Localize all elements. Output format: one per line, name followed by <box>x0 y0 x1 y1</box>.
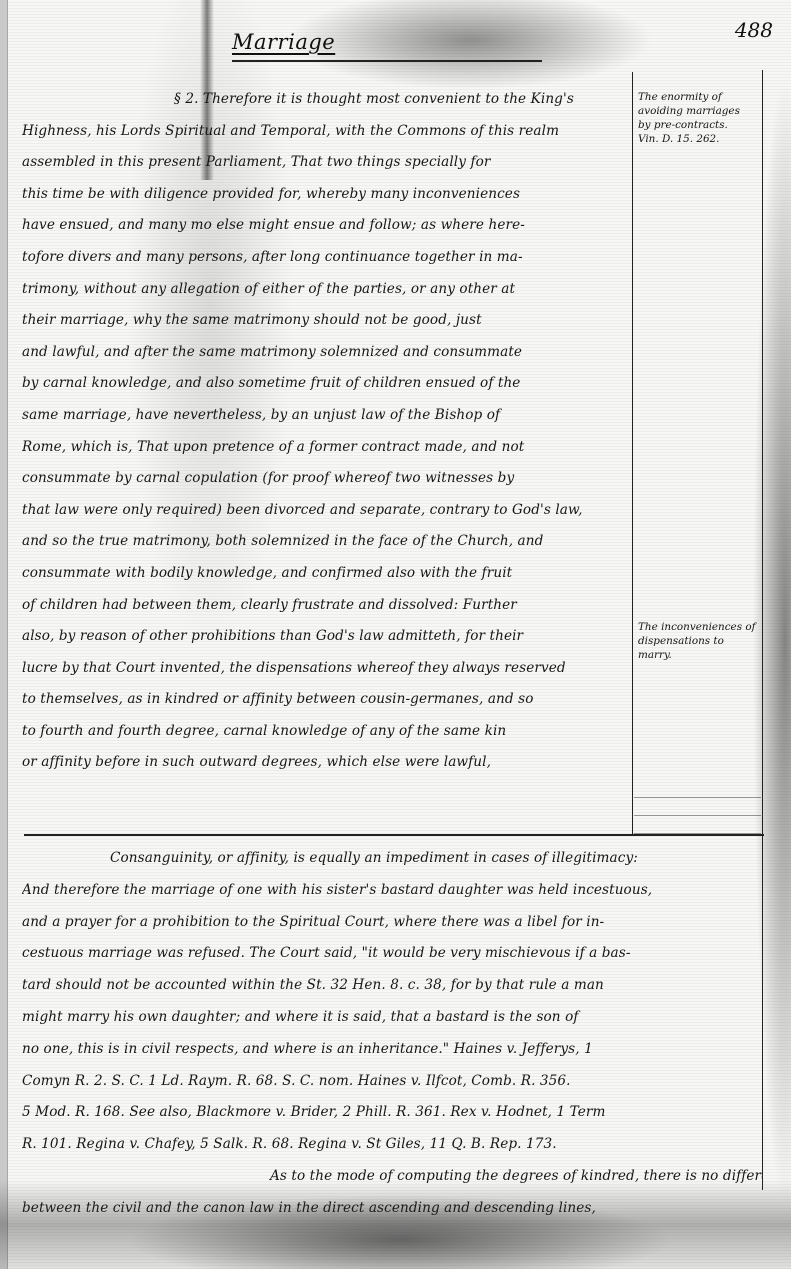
page-edge-strip <box>0 0 8 1269</box>
text-line: no one, this is in civil respects, and w… <box>22 1034 762 1066</box>
text-line: and so the true matrimony, both solemniz… <box>22 526 632 558</box>
text-line: might marry his own daughter; and where … <box>22 1002 762 1034</box>
text-line: or affinity before in such outward degre… <box>22 747 632 779</box>
margin-note-line: by pre-contracts. <box>638 118 760 132</box>
text-line: consummate with bodily knowledge, and co… <box>22 558 632 590</box>
text-line: have ensued, and many mo else might ensu… <box>22 210 632 242</box>
text-line: R. 101. Regina v. Chafey, 5 Salk. R. 68.… <box>22 1129 762 1161</box>
text-line: Highness, his Lords Spiritual and Tempor… <box>22 116 632 148</box>
margin-note-line: marry. <box>638 648 760 662</box>
page-title: Marriage <box>232 30 335 54</box>
text-line: consummate by carnal copulation (for pro… <box>22 463 632 495</box>
manuscript-page: Marriage 488 § 2. Therefore it is though… <box>0 0 791 1269</box>
text-line: tofore divers and many persons, after lo… <box>22 242 632 274</box>
margin-note-pre-contracts: The enormity of avoiding marriages by pr… <box>638 90 760 146</box>
margin-note-line: avoiding marriages <box>638 104 760 118</box>
text-line: that law were only required) been divorc… <box>22 495 632 527</box>
statute-text: § 2. Therefore it is thought most conven… <box>22 84 632 779</box>
section-divider <box>24 834 764 836</box>
margin-note-line: dispensations to <box>638 634 760 648</box>
text-line: Consanguinity, or affinity, is equally a… <box>22 843 762 875</box>
margin-column-rule-right <box>762 70 763 1190</box>
text-line: and lawful, and after the same matrimony… <box>22 337 632 369</box>
margin-note-line: The inconveniences of <box>638 620 760 634</box>
text-line: Rome, which is, That upon pretence of a … <box>22 432 632 464</box>
text-line: And therefore the marriage of one with h… <box>22 875 762 907</box>
margin-ruled-lines <box>634 780 761 835</box>
margin-column-rule-left <box>632 72 633 834</box>
text-line: their marriage, why the same matrimony s… <box>22 305 632 337</box>
text-line: same marriage, have nevertheless, by an … <box>22 400 632 432</box>
text-line: lucre by that Court invented, the dispen… <box>22 653 632 685</box>
margin-note-line: Vin. D. 15. 262. <box>638 132 760 146</box>
text-line: trimony, without any allegation of eithe… <box>22 274 632 306</box>
text-line: this time be with diligence provided for… <box>22 179 632 211</box>
text-line: assembled in this present Parliament, Th… <box>22 147 632 179</box>
text-line: cestuous marriage was refused. The Court… <box>22 938 762 970</box>
text-line: also, by reason of other prohibitions th… <box>22 621 632 653</box>
text-line: § 2. Therefore it is thought most conven… <box>22 84 632 116</box>
text-line: 5 Mod. R. 168. See also, Blackmore v. Br… <box>22 1097 762 1129</box>
margin-note-dispensations: The inconveniences of dispensations to m… <box>638 620 760 662</box>
text-line: tard should not be accounted within the … <box>22 970 762 1002</box>
title-underline <box>232 60 542 62</box>
text-line: Comyn R. 2. S. C. 1 Ld. Raym. R. 68. S. … <box>22 1066 762 1098</box>
text-line: of children had between them, clearly fr… <box>22 590 632 622</box>
commentary-text: Consanguinity, or affinity, is equally a… <box>22 843 762 1225</box>
page-number: 488 <box>735 18 773 42</box>
text-line: to themselves, as in kindred or affinity… <box>22 684 632 716</box>
text-line: and a prayer for a prohibition to the Sp… <box>22 907 762 939</box>
text-line: to fourth and fourth degree, carnal know… <box>22 716 632 748</box>
bottom-scan-shadow <box>0 1180 791 1269</box>
text-line: by carnal knowledge, and also sometime f… <box>22 368 632 400</box>
margin-note-line: The enormity of <box>638 90 760 104</box>
